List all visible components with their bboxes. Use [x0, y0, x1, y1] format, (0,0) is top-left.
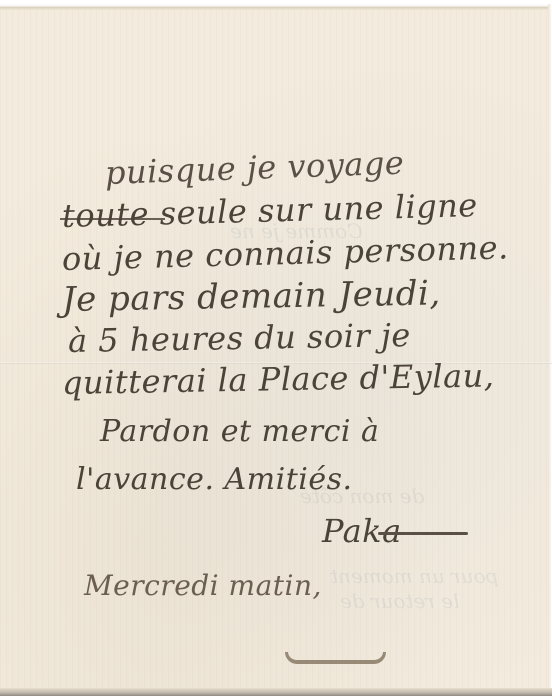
letter-line-2: toute seule sur une ligne	[62, 186, 479, 235]
letter-line-5: à 5 heures du soir je	[68, 316, 411, 360]
letter-page: Comme je ne de mon côté pour un moment l…	[0, 4, 552, 696]
closing-flourish	[285, 652, 386, 664]
letter-line-7: Pardon et merci à	[100, 414, 379, 449]
paper-bottom-edge	[0, 688, 552, 696]
bleed-through-text: pour un moment	[330, 564, 499, 588]
signature: Paka	[322, 512, 402, 550]
letter-line-3: où je ne connais personne.	[62, 228, 510, 278]
paper-right-edge	[548, 4, 552, 696]
letter-line-1: puisque je voyage	[104, 144, 405, 192]
dateline: Mercredi matin,	[84, 569, 322, 602]
bleed-through-text: le retour de	[340, 589, 460, 613]
paper-top-edge	[0, 4, 552, 10]
signature-underline	[378, 532, 468, 535]
letter-line-8: l'avance. Amitiés.	[76, 462, 353, 497]
letter-line-4: Je pars demain Jeudi,	[62, 273, 441, 320]
letter-line-6: quitterai la Place d'Eylau,	[62, 356, 495, 402]
